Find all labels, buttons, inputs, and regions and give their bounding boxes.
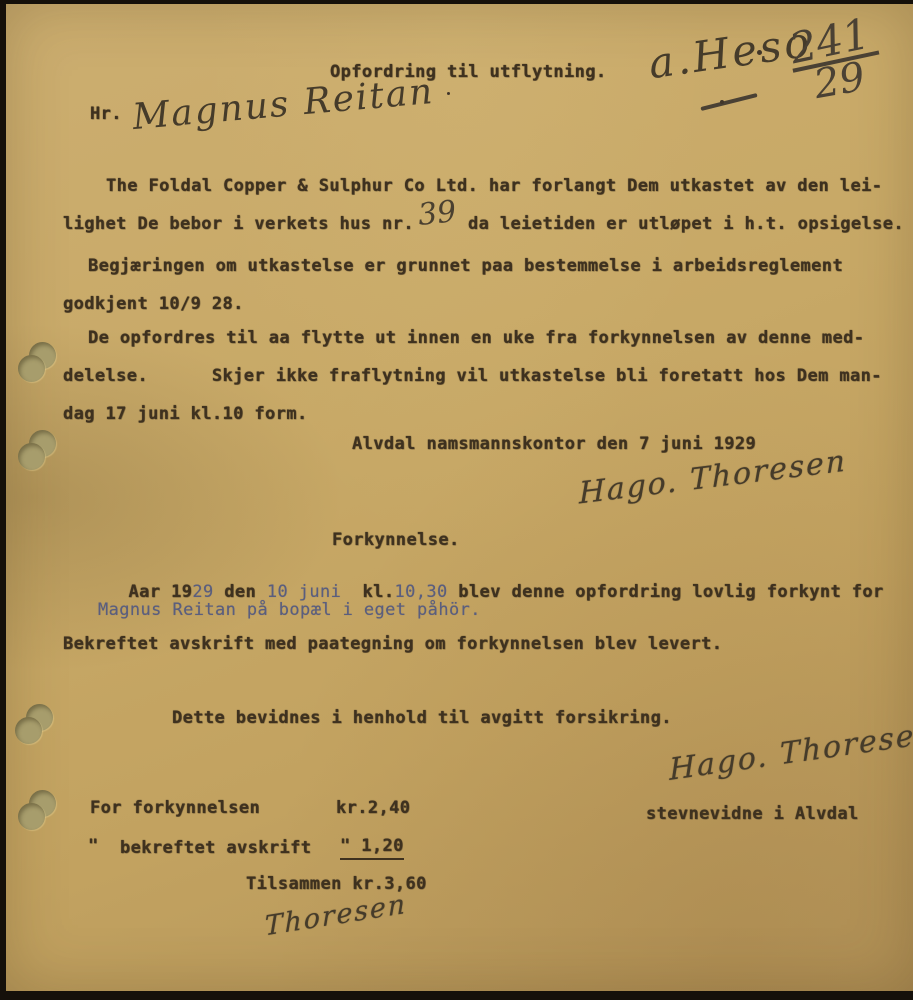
typed-segment: Aar 19 [129, 582, 193, 602]
scanned-letter-page: a.Heso 241 29 Opfordring til utflytning.… [6, 4, 913, 991]
punch-hole [18, 790, 58, 836]
journal-underline-stroke [700, 93, 757, 111]
ink-speck [447, 92, 450, 95]
witness-title: stevnevidne i Alvdal [646, 804, 859, 824]
body-line: dag 17 juni kl.10 form. [63, 404, 308, 424]
forkynnelse-line-2: Magnus Reitan på bopæl i eget påhör. [98, 600, 481, 620]
section-heading: Forkynnelse. [332, 530, 460, 550]
addressee-handwritten: Magnus Reitan [131, 71, 436, 138]
filled-in-segment: 29 [192, 582, 213, 602]
dateline: Alvdal namsmannskontor den 7 juni 1929 [352, 434, 756, 454]
fee-label: bekreftet avskrift [120, 838, 311, 858]
ink-speck [757, 50, 762, 55]
body-line: De opfordres til aa flytte ut innen en u… [88, 328, 864, 348]
body-line: Begjæringen om utkastelse er grunnet paa… [88, 256, 843, 276]
punch-hole [15, 704, 55, 750]
official-signature: Hago. Thoresen [669, 715, 913, 788]
body-line: da leietiden er utløpet i h.t. opsigelse… [468, 214, 904, 234]
filled-in-segment: 10 juni [267, 582, 341, 602]
body-line: delelse. Skjer ikke fraflytning vil utka… [63, 366, 882, 386]
body-line: godkjent 10/9 28. [63, 294, 244, 314]
typed-segment: den [214, 582, 267, 602]
salutation: Hr. [90, 104, 122, 124]
body-line: The Foldal Copper & Sulphur Co Ltd. har … [106, 176, 882, 196]
punch-hole [18, 342, 58, 388]
punch-hole [18, 430, 58, 476]
filled-in-segment: 10,30 [394, 582, 447, 602]
fee-ditto-mark: " [88, 836, 99, 856]
fee-label: For forkynnelsen [90, 798, 260, 818]
fee-amount: kr.2,40 [336, 798, 410, 818]
fee-amount: " 1,20 [340, 836, 404, 860]
ink-speck [720, 100, 724, 104]
forkynnelse-line-3: Bekreftet avskrift med paategning om for… [63, 634, 722, 654]
journal-number-fraction: 241 29 [788, 22, 876, 100]
body-line: lighet De bebor i verkets hus nr. [63, 214, 414, 234]
official-signature: Thoresen [265, 889, 408, 943]
typed-segment: blev denne opfordring lovlig forkynt for [448, 582, 884, 602]
typed-segment: kl. [341, 582, 394, 602]
attestation-line: Dette bevidnes i henhold til avgitt fors… [172, 708, 672, 728]
house-number-handwritten: 39 [416, 194, 458, 233]
journal-number-bottom: 29 [811, 55, 879, 105]
